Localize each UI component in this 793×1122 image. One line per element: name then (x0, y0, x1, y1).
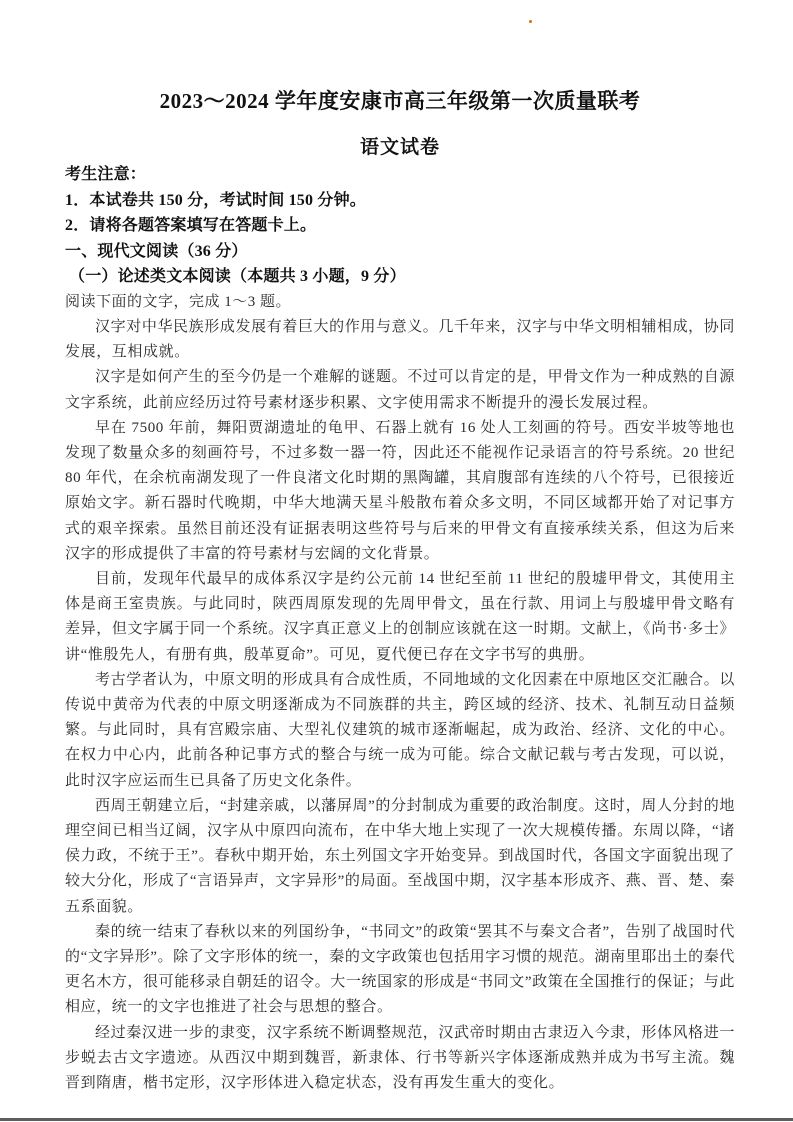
reading-instruction: 阅读下面的文字，完成 1～3 题。 (65, 290, 735, 316)
bottom-edge-bar (0, 1118, 793, 1121)
exam-subtitle: 语文试卷 (65, 134, 735, 162)
notice-item-2: 2．请将各题答案填写在答题卡上。 (65, 213, 735, 239)
exam-title: 2023～2024 学年度安康市高三年级第一次质量联考 (65, 86, 735, 116)
passage-paragraph: 汉字对中华民族形成发展有着巨大的作用与意义。几千年来，汉字与中华文明相辅相成，协… (65, 315, 735, 365)
candidate-notice: 考生注意： 1．本试卷共 150 分，考试时间 150 分钟。 2．请将各题答案… (65, 162, 735, 239)
section-heading-modern-reading: 一、现代文阅读（36 分） (65, 239, 735, 265)
notice-heading: 考生注意： (65, 162, 735, 188)
subsection-heading-discursive-text: （一）论述类文本阅读（本题共 3 小题，9 分） (65, 264, 735, 290)
exam-paper-page: 2023～2024 学年度安康市高三年级第一次质量联考 语文试卷 考生注意： 1… (0, 0, 793, 1122)
stray-mark-dot (529, 20, 532, 23)
passage-paragraph: 秦的统一结束了春秋以来的列国纷争，“书同文”的政策“罢其不与秦文合者”，告别了战… (65, 920, 735, 1021)
passage-paragraph: 西周王朝建立后，“封建亲戚，以藩屏周”的分封制成为重要的政治制度。这时，周人分封… (65, 794, 735, 920)
passage-paragraph: 目前，发现年代最早的成体系汉字是约公元前 14 世纪至前 11 世纪的殷墟甲骨文… (65, 567, 735, 668)
reading-passage: 汉字对中华民族形成发展有着巨大的作用与意义。几千年来，汉字与中华文明相辅相成，协… (65, 315, 735, 1096)
passage-paragraph: 考古学者认为，中原文明的形成具有合成性质，不同地域的文化因素在中原地区交汇融合。… (65, 668, 735, 794)
passage-paragraph: 汉字是如何产生的至今仍是一个难解的谜题。不过可以肯定的是，甲骨文作为一种成熟的自… (65, 365, 735, 415)
notice-item-1: 1．本试卷共 150 分，考试时间 150 分钟。 (65, 188, 735, 214)
passage-paragraph: 经过秦汉进一步的隶变，汉字系统不断调整规范，汉武帝时期由古隶迈入今隶，形体风格进… (65, 1021, 735, 1097)
passage-paragraph: 早在 7500 年前，舞阳贾湖遗址的龟甲、石器上就有 16 处人工刻画的符号。西… (65, 416, 735, 567)
